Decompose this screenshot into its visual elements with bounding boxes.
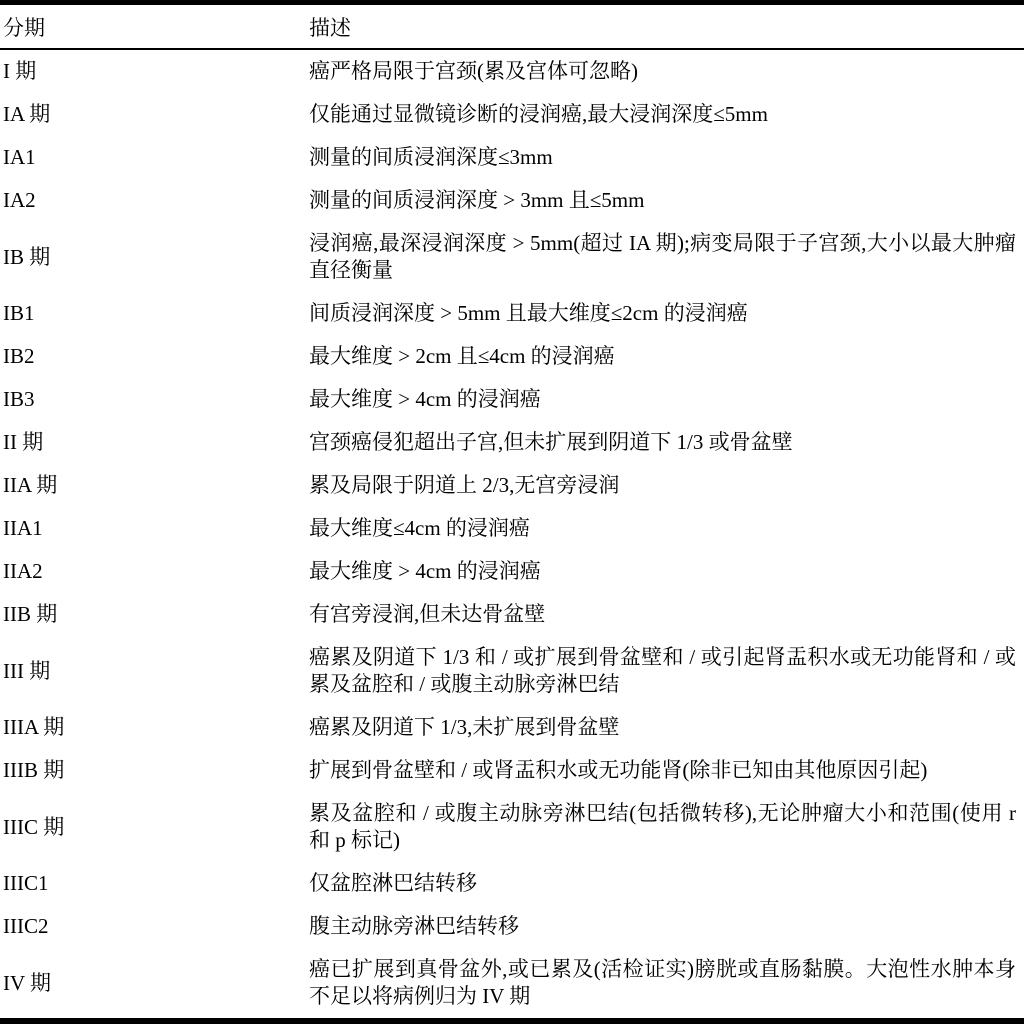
description-cell: 有宫旁浸润,但未达骨盆壁 bbox=[306, 593, 1024, 636]
description-cell: 累及盆腔和 / 或腹主动脉旁淋巴结(包括微转移),无论肿瘤大小和范围(使用 r … bbox=[306, 792, 1024, 862]
table-row: IIA 期 累及局限于阴道上 2/3,无宫旁浸润 bbox=[0, 464, 1024, 507]
stage-cell: III 期 bbox=[0, 636, 306, 706]
stage-cell: IIA 期 bbox=[0, 464, 306, 507]
stage-cell: IIIC1 bbox=[0, 862, 306, 905]
column-header-description: 描述 bbox=[306, 5, 1024, 49]
stage-cell: IB1 bbox=[0, 292, 306, 335]
staging-table: 分期 描述 I 期 癌严格局限于宫颈(累及宫体可忽略) IA 期 仅能通过显微镜… bbox=[0, 5, 1024, 1018]
stage-cell: IIA1 bbox=[0, 507, 306, 550]
table-row: IIIB 期 扩展到骨盆壁和 / 或肾盂积水或无功能肾(除非已知由其他原因引起) bbox=[0, 749, 1024, 792]
table-row: II 期 宫颈癌侵犯超出子宫,但未扩展到阴道下 1/3 或骨盆壁 bbox=[0, 421, 1024, 464]
stage-cell: II 期 bbox=[0, 421, 306, 464]
description-cell: 测量的间质浸润深度≤3mm bbox=[306, 136, 1024, 179]
stage-cell: IV 期 bbox=[0, 948, 306, 1018]
description-cell: 最大维度 > 4cm 的浸润癌 bbox=[306, 378, 1024, 421]
table-row: IV 期 癌已扩展到真骨盆外,或已累及(活检证实)膀胱或直肠黏膜。大泡性水肿本身… bbox=[0, 948, 1024, 1018]
description-cell: 宫颈癌侵犯超出子宫,但未扩展到阴道下 1/3 或骨盆壁 bbox=[306, 421, 1024, 464]
stage-cell: IB 期 bbox=[0, 222, 306, 292]
stage-cell: IA 期 bbox=[0, 93, 306, 136]
description-cell: 最大维度 > 2cm 且≤4cm 的浸润癌 bbox=[306, 335, 1024, 378]
stage-cell: IIB 期 bbox=[0, 593, 306, 636]
description-cell: 测量的间质浸润深度 > 3mm 且≤5mm bbox=[306, 179, 1024, 222]
stage-cell: IIIC 期 bbox=[0, 792, 306, 862]
description-cell: 最大维度 > 4cm 的浸润癌 bbox=[306, 550, 1024, 593]
description-cell: 癌已扩展到真骨盆外,或已累及(活检证实)膀胱或直肠黏膜。大泡性水肿本身不足以将病… bbox=[306, 948, 1024, 1018]
description-cell: 仅能通过显微镜诊断的浸润癌,最大浸润深度≤5mm bbox=[306, 93, 1024, 136]
description-cell: 癌严格局限于宫颈(累及宫体可忽略) bbox=[306, 49, 1024, 93]
table-row: IA 期 仅能通过显微镜诊断的浸润癌,最大浸润深度≤5mm bbox=[0, 93, 1024, 136]
header-row: 分期 描述 bbox=[0, 5, 1024, 49]
stage-cell: IIA2 bbox=[0, 550, 306, 593]
table-row: IIIA 期 癌累及阴道下 1/3,未扩展到骨盆壁 bbox=[0, 706, 1024, 749]
table-body: I 期 癌严格局限于宫颈(累及宫体可忽略) IA 期 仅能通过显微镜诊断的浸润癌… bbox=[0, 49, 1024, 1018]
stage-cell: IA2 bbox=[0, 179, 306, 222]
description-cell: 腹主动脉旁淋巴结转移 bbox=[306, 905, 1024, 948]
table-row: IB 期 浸润癌,最深浸润深度 > 5mm(超过 IA 期);病变局限于子宫颈,… bbox=[0, 222, 1024, 292]
stage-cell: IIIC2 bbox=[0, 905, 306, 948]
table-row: IIIC2 腹主动脉旁淋巴结转移 bbox=[0, 905, 1024, 948]
description-cell: 间质浸润深度 > 5mm 且最大维度≤2cm 的浸润癌 bbox=[306, 292, 1024, 335]
table-row: IB2 最大维度 > 2cm 且≤4cm 的浸润癌 bbox=[0, 335, 1024, 378]
table-row: IIIC1 仅盆腔淋巴结转移 bbox=[0, 862, 1024, 905]
description-cell: 累及局限于阴道上 2/3,无宫旁浸润 bbox=[306, 464, 1024, 507]
table-row: IIA1 最大维度≤4cm 的浸润癌 bbox=[0, 507, 1024, 550]
stage-cell: IA1 bbox=[0, 136, 306, 179]
description-cell: 扩展到骨盆壁和 / 或肾盂积水或无功能肾(除非已知由其他原因引起) bbox=[306, 749, 1024, 792]
description-cell: 仅盆腔淋巴结转移 bbox=[306, 862, 1024, 905]
document-page: 分期 描述 I 期 癌严格局限于宫颈(累及宫体可忽略) IA 期 仅能通过显微镜… bbox=[0, 0, 1024, 1024]
description-cell: 癌累及阴道下 1/3,未扩展到骨盆壁 bbox=[306, 706, 1024, 749]
table-row: IB1 间质浸润深度 > 5mm 且最大维度≤2cm 的浸润癌 bbox=[0, 292, 1024, 335]
description-cell: 癌累及阴道下 1/3 和 / 或扩展到骨盆壁和 / 或引起肾盂积水或无功能肾和 … bbox=[306, 636, 1024, 706]
description-cell: 最大维度≤4cm 的浸润癌 bbox=[306, 507, 1024, 550]
stage-cell: IB2 bbox=[0, 335, 306, 378]
table-row: III 期 癌累及阴道下 1/3 和 / 或扩展到骨盆壁和 / 或引起肾盂积水或… bbox=[0, 636, 1024, 706]
stage-cell: I 期 bbox=[0, 49, 306, 93]
stage-cell: IIIA 期 bbox=[0, 706, 306, 749]
stage-cell: IB3 bbox=[0, 378, 306, 421]
table-row: IIIC 期 累及盆腔和 / 或腹主动脉旁淋巴结(包括微转移),无论肿瘤大小和范… bbox=[0, 792, 1024, 862]
table-row: IIB 期 有宫旁浸润,但未达骨盆壁 bbox=[0, 593, 1024, 636]
table-row: IA1 测量的间质浸润深度≤3mm bbox=[0, 136, 1024, 179]
table-row: I 期 癌严格局限于宫颈(累及宫体可忽略) bbox=[0, 49, 1024, 93]
column-header-stage: 分期 bbox=[0, 5, 306, 49]
table-row: IIA2 最大维度 > 4cm 的浸润癌 bbox=[0, 550, 1024, 593]
stage-cell: IIIB 期 bbox=[0, 749, 306, 792]
table-row: IA2 测量的间质浸润深度 > 3mm 且≤5mm bbox=[0, 179, 1024, 222]
description-cell: 浸润癌,最深浸润深度 > 5mm(超过 IA 期);病变局限于子宫颈,大小以最大… bbox=[306, 222, 1024, 292]
table-row: IB3 最大维度 > 4cm 的浸润癌 bbox=[0, 378, 1024, 421]
